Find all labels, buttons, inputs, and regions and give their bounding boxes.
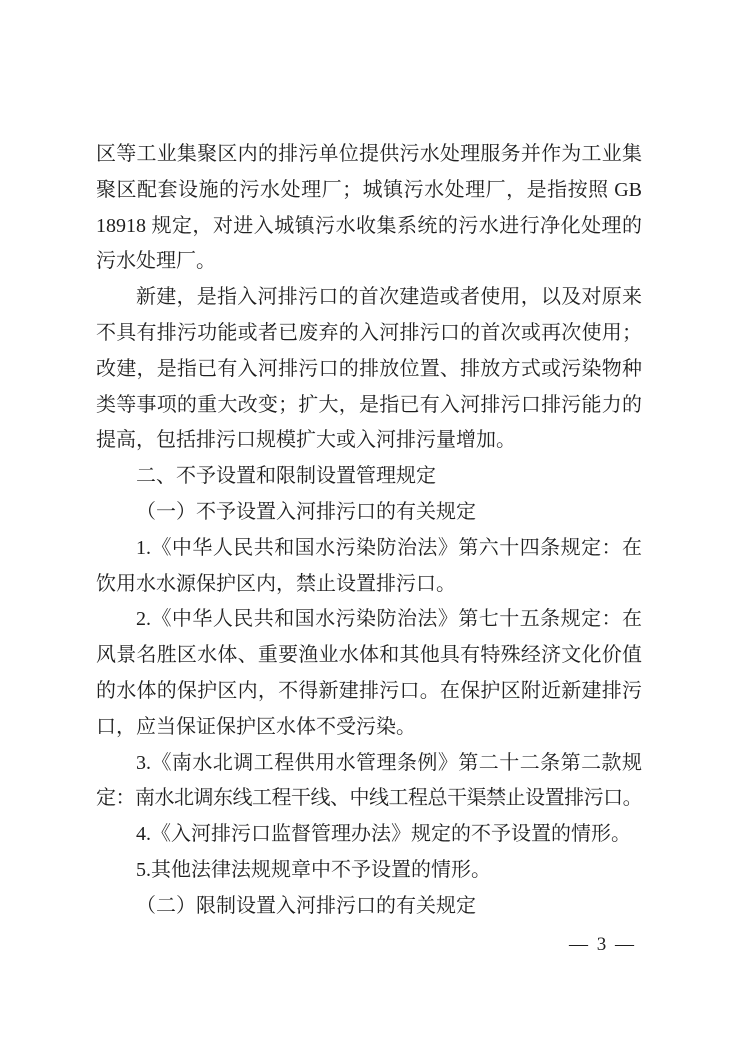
text-line: 风景名胜区水体、重要渔业水体和其他具有特殊经济文化价值 (96, 638, 642, 674)
text-line: 不具有排污功能或者已废弃的入河排污口的首次或再次使用； (96, 316, 642, 352)
text-line: 类等事项的重大改变；扩大，是指已有入河排污口排污能力的 (96, 388, 642, 424)
text-line: 5.其他法律法规规章中不予设置的情形。 (96, 853, 642, 889)
text-line: 聚区配套设施的污水处理厂；城镇污水处理厂，是指按照 GB (96, 173, 642, 209)
page-number: — 3 — (569, 934, 636, 956)
subsection-heading: （二）限制设置入河排污口的有关规定 (96, 889, 642, 925)
subsection-heading: （一）不予设置入河排污口的有关规定 (96, 495, 642, 531)
text-line: 18918 规定，对进入城镇污水收集系统的污水进行净化处理的 (96, 209, 642, 245)
text-line: 区等工业集聚区内的排污单位提供污水处理服务并作为工业集 (96, 137, 642, 173)
text-line: 1.《中华人民共和国水污染防治法》第六十四条规定：在 (96, 531, 642, 567)
text-line: 2.《中华人民共和国水污染防治法》第七十五条规定：在 (96, 602, 642, 638)
text-line: 饮用水水源保护区内，禁止设置排污口。 (96, 567, 642, 603)
text-line: 提高，包括排污口规模扩大或入河排污量增加。 (96, 423, 642, 459)
text-line: 口，应当保证保护区水体不受污染。 (96, 710, 642, 746)
document-page: 区等工业集聚区内的排污单位提供污水处理服务并作为工业集 聚区配套设施的污水处理厂… (0, 0, 744, 1052)
text-line: 定：南水北调东线工程干线、中线工程总干渠禁止设置排污口。 (96, 781, 642, 817)
text-line: 3.《南水北调工程供用水管理条例》第二十二条第二款规 (96, 746, 642, 782)
text-line: 的水体的保护区内，不得新建排污口。在保护区附近新建排污 (96, 674, 642, 710)
section-heading: 二、不予设置和限制设置管理规定 (96, 459, 642, 495)
text-line: 新建，是指入河排污口的首次建造或者使用，以及对原来 (96, 280, 642, 316)
text-line: 改建，是指已有入河排污口的排放位置、排放方式或污染物种 (96, 352, 642, 388)
text-line: 污水处理厂。 (96, 244, 642, 280)
document-body: 区等工业集聚区内的排污单位提供污水处理服务并作为工业集 聚区配套设施的污水处理厂… (96, 137, 642, 925)
text-line: 4.《入河排污口监督管理办法》规定的不予设置的情形。 (96, 817, 642, 853)
